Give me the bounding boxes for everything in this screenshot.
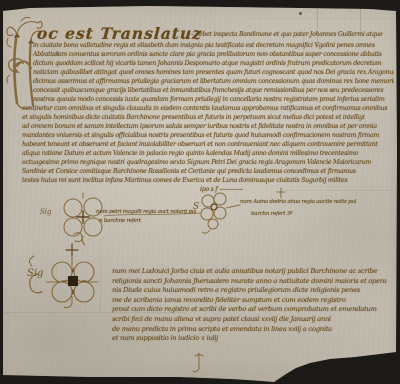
- subscription-line: de manu predicta in prima scripta et eme…: [112, 325, 395, 335]
- sign1-caption: n barchne refert: [99, 218, 159, 225]
- subscription-line: nis Diude cuius huiusmodi retro a regist…: [112, 286, 395, 296]
- subscription-line: num mei Ludouici Jorba ciuis et aulia an…: [112, 267, 395, 277]
- body-line: in ciuitate bona valletudine regis et el…: [33, 41, 394, 50]
- small-cross-icon: [276, 187, 286, 199]
- body-line: dictum quoddam scilicet hij vicariis tam…: [33, 59, 394, 68]
- sign2-caption: num Auina dedria añua regia auctte notts…: [240, 199, 356, 206]
- subscription-line: scribi feci de manu aliena vt supra pate…: [112, 315, 395, 325]
- body-line: octuagesimo primo regnique nostri quadra…: [22, 158, 394, 167]
- subscription-line: religionis sancti Johannis Jherusalem mu…: [112, 277, 395, 287]
- body-line: dicimus asserimus et affirmamus priuileg…: [33, 77, 394, 86]
- subscription-line: et num suppositio in iudicio x iulij: [112, 334, 395, 344]
- ink-speck: [299, 12, 302, 15]
- sign1-label: Sig: [40, 208, 52, 216]
- sign2-label: S: [193, 202, 199, 212]
- body-line: Abbatissam conuentus sororum ordinis san…: [33, 50, 394, 59]
- subscription-block: num mei Ludouici Jorba ciuis et aulia an…: [112, 267, 395, 344]
- body-line: continetur cum omnibus et singulis claus…: [22, 104, 394, 113]
- body-line: nostros quouis modo concessis iuxta quan…: [33, 95, 394, 104]
- sign2-caption: barchn refert 3º: [251, 211, 321, 218]
- pilcrow-flourish-icon: [192, 352, 206, 374]
- sign1-caption: num petri magalli regia auct notarij pub…: [96, 209, 196, 216]
- body-line: noticiam quibuslibet attingat quod omnes…: [33, 68, 394, 77]
- body-line: – debet inspecta Bandimane et quo pater …: [191, 31, 393, 39]
- fold-crease: [250, 18, 396, 19]
- subscription-line: prout cum dicto registro et scribi de ve…: [112, 305, 395, 315]
- body-line: habeant teneant et obseruent et faciant …: [22, 140, 394, 149]
- main-text-block: in ciuitate bona valletudine regis et el…: [22, 41, 394, 194]
- sign3-label: Sig: [27, 268, 43, 279]
- subscription-line: me de scribania ianus recondito fidelite…: [112, 296, 395, 306]
- parchment-sheet: oc est Translatuz – debet inspecta Bandi…: [0, 0, 400, 384]
- body-line: et singulis hominibus dicte ciuitatis Ba…: [22, 113, 394, 122]
- body-line: testes huius rei sunt inclitus infans Ma…: [22, 176, 394, 185]
- body-line: ad omnem bonum et sanum intellectum ipso…: [22, 122, 394, 131]
- body-line: Sardinie et Corsice comitisque Barchinon…: [22, 167, 394, 176]
- body-line: mandantes vniuersis et singulis official…: [22, 131, 394, 140]
- body-line: aliqua ratione Datum et actum Valencie i…: [22, 149, 394, 158]
- notarial-sign-rings-icon: [198, 191, 244, 235]
- body-line: concessit quibuscumque gracijs libertati…: [33, 86, 394, 95]
- manuscript-photo: oc est Translatuz – debet inspecta Bandi…: [0, 0, 400, 384]
